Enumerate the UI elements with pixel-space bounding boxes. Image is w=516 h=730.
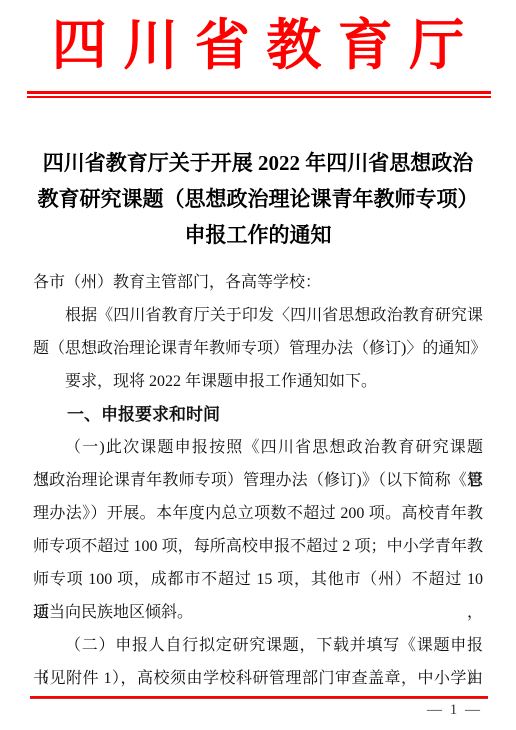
paragraph-2-line: 师专项 100 项，成都市不超过 15 项，其他市（州）不超过 10 项， xyxy=(33,563,483,596)
paragraph-1-line: 根据《四川省教育厅关于印发〈四川省思想政治教育研究课 xyxy=(33,299,483,332)
document-title: 四川省教育厅关于开展 2022 年四川省思想政治 教育研究课题（思想政治理论课青… xyxy=(30,145,486,253)
letterhead-double-rule xyxy=(27,91,491,98)
official-document-page: 四川省教育厅 四川省教育厅关于开展 2022 年四川省思想政治 教育研究课题（思… xyxy=(0,0,516,730)
footer-red-rule xyxy=(30,696,488,699)
document-title-line-3: 申报工作的通知 xyxy=(30,217,486,253)
paragraph-2-line: （一)此次课题申报按照《四川省思想政治教育研究课题（思 xyxy=(33,431,483,464)
paragraph-2-line: 理办法》）开展。本年度内总立项数不超过 200 项。高校青年教 xyxy=(33,497,483,530)
letterhead-rule-thin xyxy=(27,96,491,98)
letterhead-rule-thick xyxy=(27,91,491,94)
document-body: 各市（州）教育主管部门，各高等学校： 根据《四川省教育厅关于印发〈四川省思想政治… xyxy=(33,266,483,695)
document-title-line-2: 教育研究课题（思想政治理论课青年教师专项） xyxy=(30,181,486,217)
paragraph-2-line: 想政治理论课青年教师专项）管理办法（修订)》（以下简称《管 xyxy=(33,464,483,497)
paragraph-2-line: 师专项不超过 100 项，每所高校申报不超过 2 项；中小学青年教 xyxy=(33,530,483,563)
salutation-line: 各市（州）教育主管部门，各高等学校： xyxy=(33,266,483,299)
letterhead-agency-name: 四川省教育厅 xyxy=(0,6,516,86)
page-number: — 1 — xyxy=(427,702,482,719)
document-title-line-1: 四川省教育厅关于开展 2022 年四川省思想政治 xyxy=(30,145,486,181)
paragraph-1-line: 题（思想政治理论课青年教师专项）管理办法（修订)〉的通知》 xyxy=(33,332,483,365)
paragraph-3-line: （二）申报人自行拟定研究课题，下载并填写《课题申报书》 xyxy=(33,629,483,662)
paragraph-3-line: （见附件 1），高校须由学校科研管理部门审查盖章，中小学由 xyxy=(33,662,483,695)
section-1-heading: 一、申报要求和时间 xyxy=(33,398,483,431)
paragraph-1-line: 要求，现将 2022 年课题申报工作通知如下。 xyxy=(33,365,483,398)
